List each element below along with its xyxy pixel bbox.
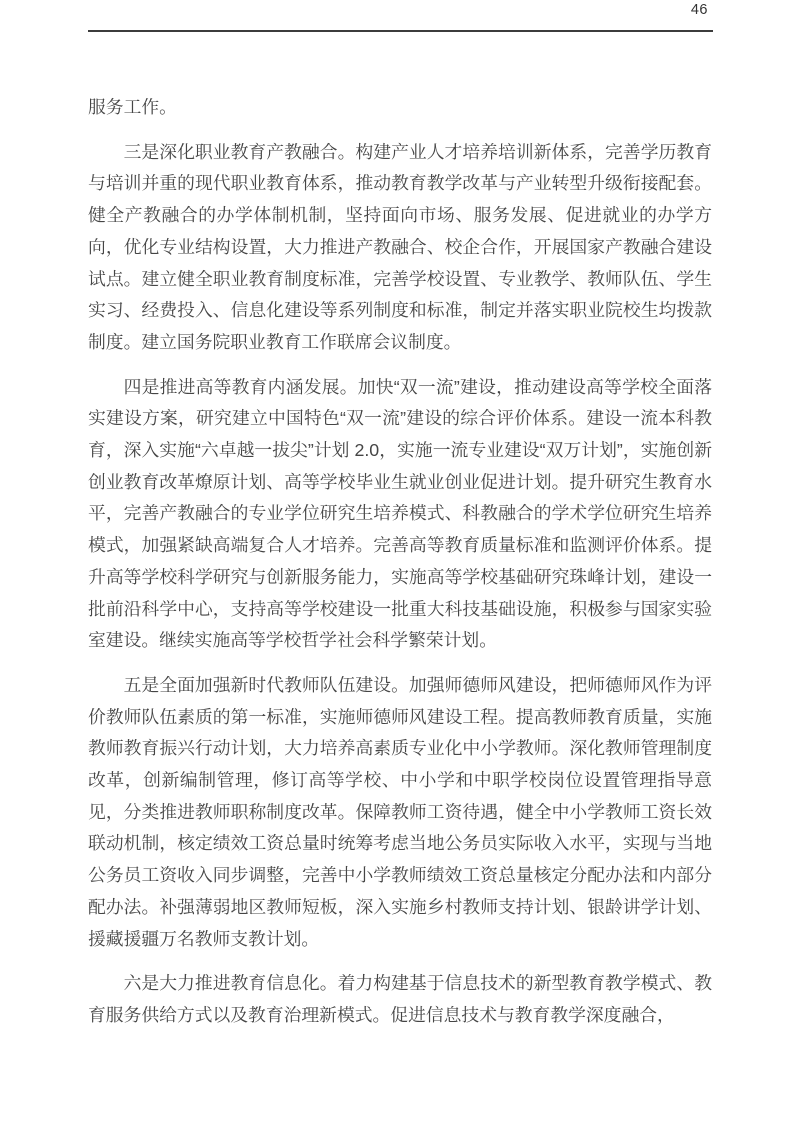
body-paragraph-fourth-point: 四是推进高等教育内涵发展。加快“双一流”建设，推动建设高等学校全面落实建设方案，… <box>88 372 712 657</box>
document-body: 服务工作。 三是深化职业教育产教融合。构建产业人才培养培训新体系，完善学历教育与… <box>88 92 712 1032</box>
header-rule <box>88 30 713 32</box>
body-paragraph-fifth-point: 五是全面加强新时代教师队伍建设。加强师德师风建设，把师德师风作为评价教师队伍素质… <box>88 670 712 955</box>
body-paragraph-sixth-point: 六是大力推进教育信息化。着力构建基于信息技术的新型教育教学模式、教育服务供给方式… <box>88 968 712 1031</box>
document-page: 46 服务工作。 三是深化职业教育产教融合。构建产业人才培养培训新体系，完善学历… <box>0 0 793 1122</box>
body-paragraph-third-point: 三是深化职业教育产教融合。构建产业人才培养培训新体系，完善学历教育与培训并重的现… <box>88 137 712 359</box>
body-paragraph-continuation: 服务工作。 <box>88 92 712 124</box>
page-number: 46 <box>691 2 708 18</box>
